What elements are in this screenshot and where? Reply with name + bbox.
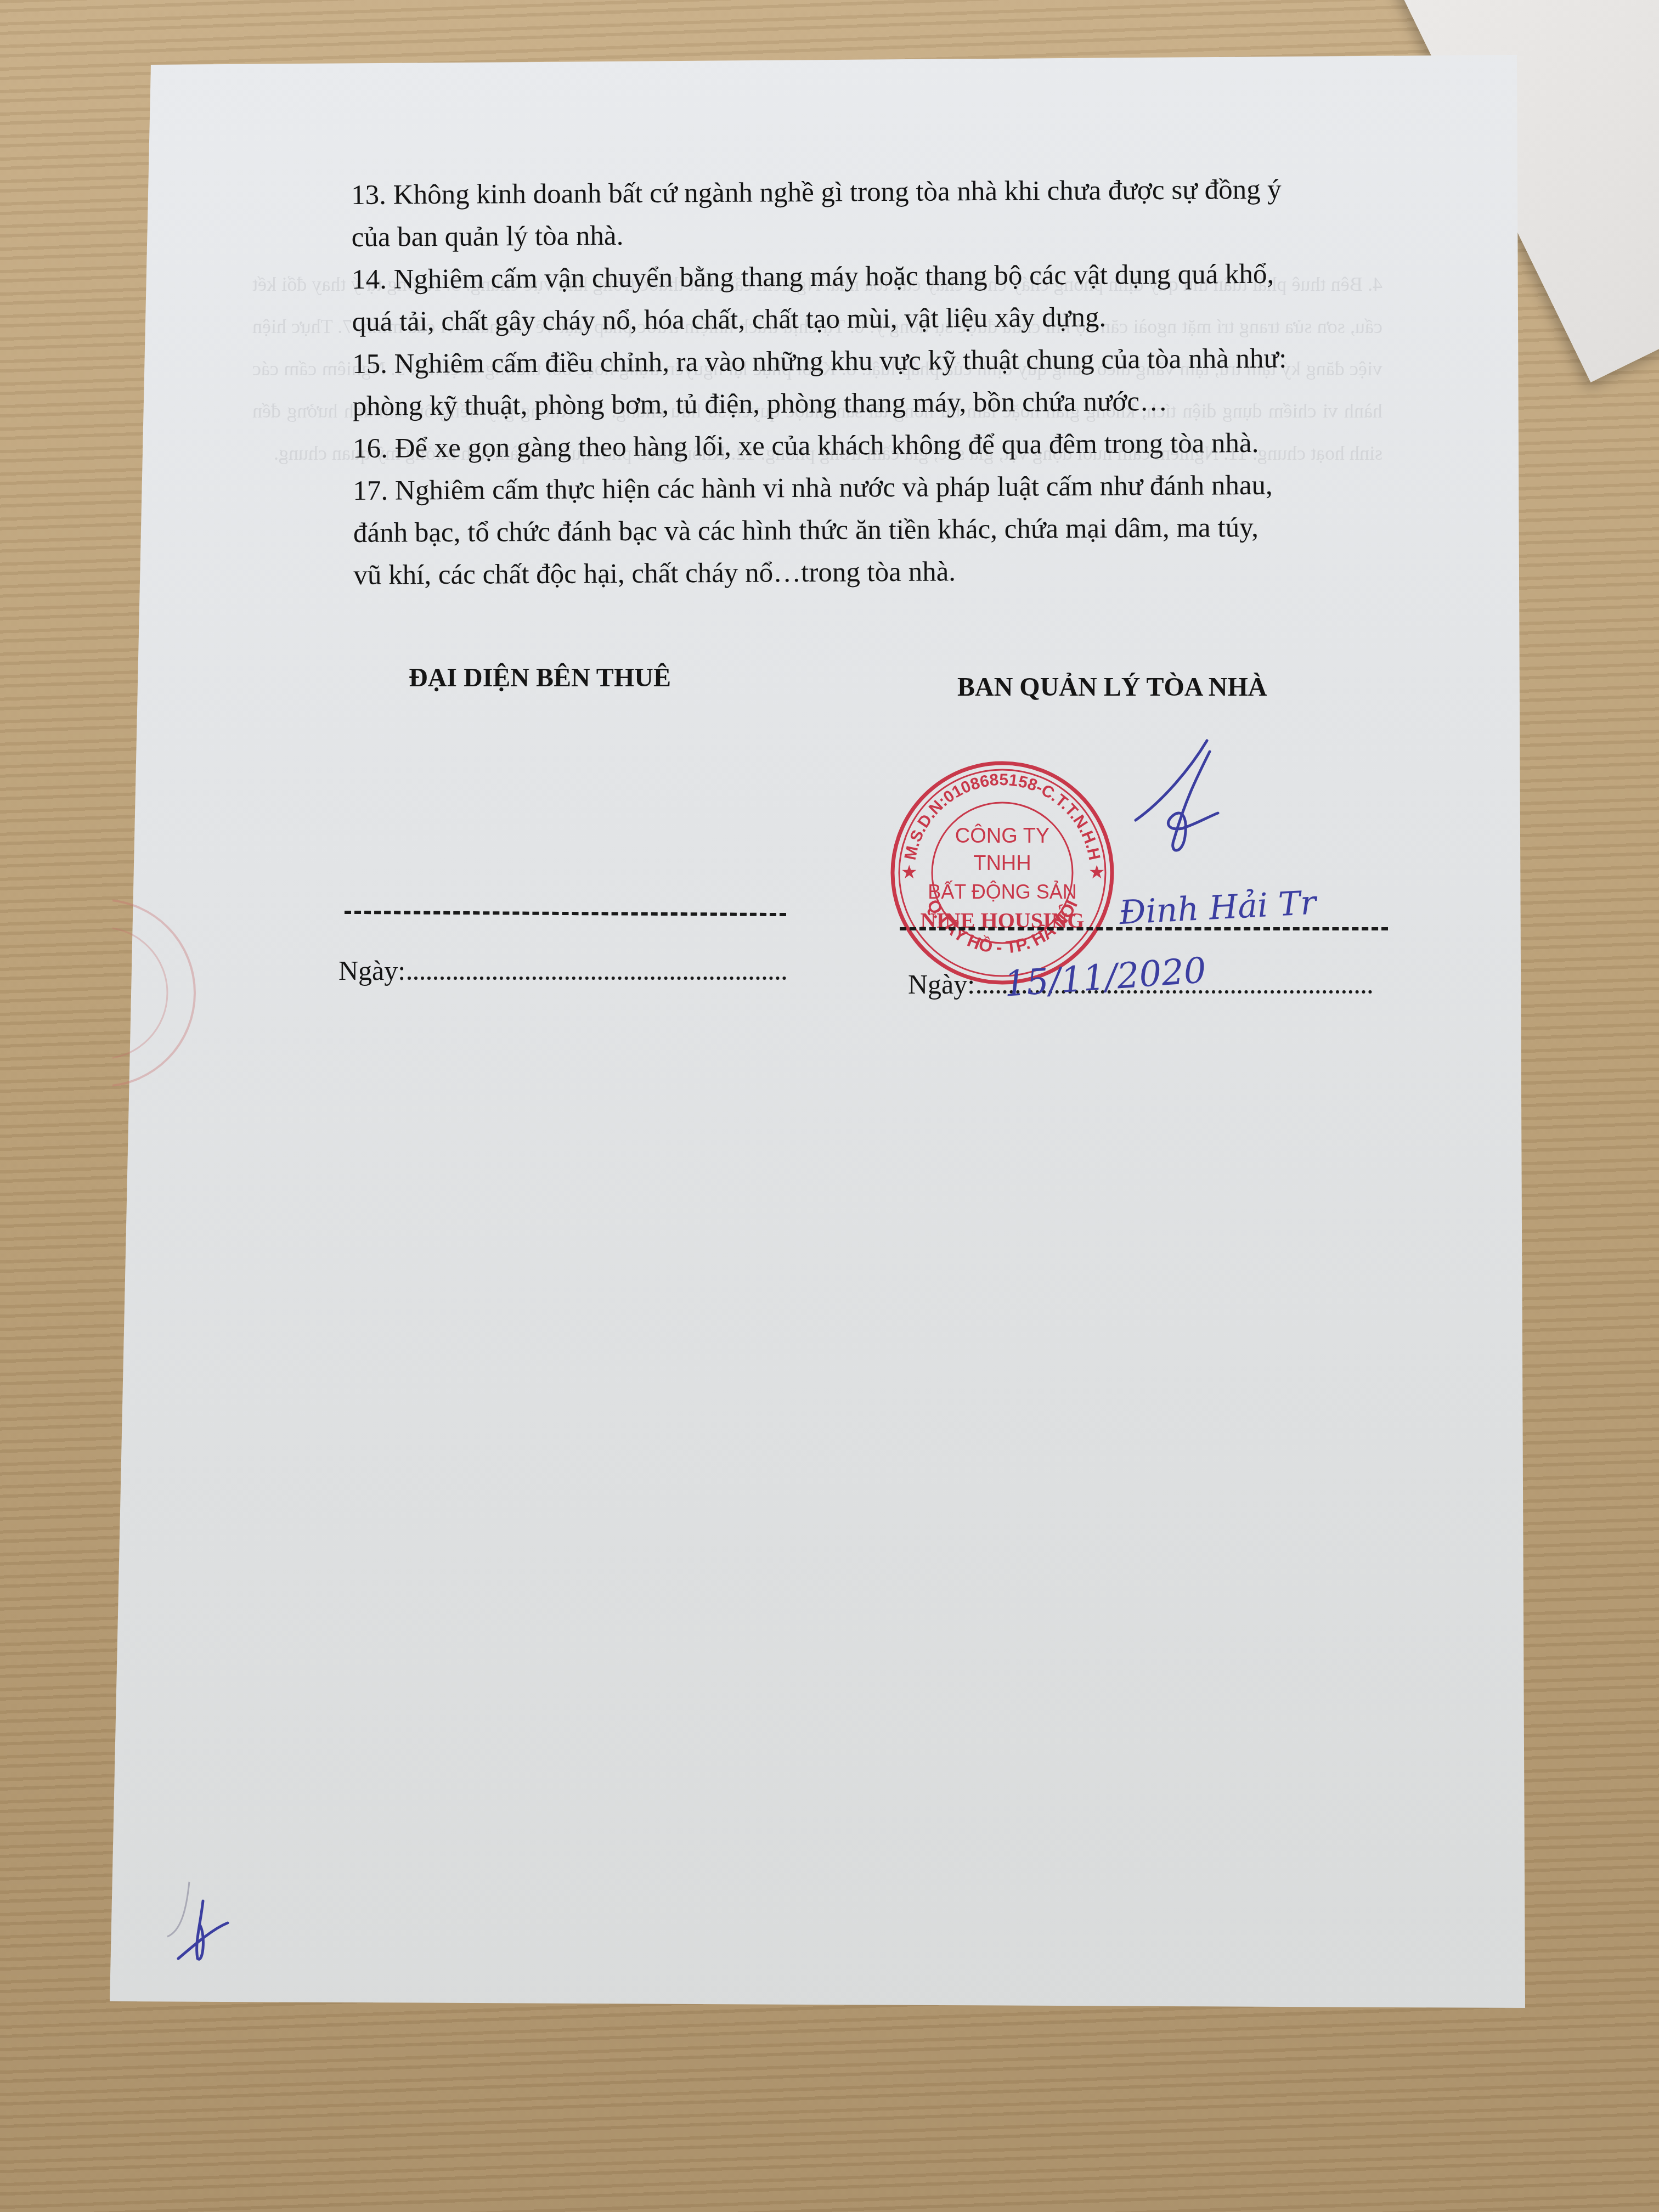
rule-14-line-2: quá tải, chất gây cháy nổ, hóa chất, chấ… bbox=[352, 295, 1449, 343]
svg-text:★: ★ bbox=[901, 862, 917, 883]
management-signature bbox=[1130, 735, 1240, 861]
svg-text:M.S.D.N:0108685158-C.T.T.N.H.H: M.S.D.N:0108685158-C.T.T.N.H.H bbox=[901, 771, 1104, 862]
rule-17-line-2: đánh bạc, tổ chức đánh bạc và các hình t… bbox=[353, 506, 1451, 555]
rule-16-line-1: 16. Để xe gọn gàng theo hàng lối, xe của… bbox=[353, 421, 1450, 470]
tenant-date-blank bbox=[408, 977, 786, 980]
building-management-title: BAN QUẢN LÝ TÒA NHÀ bbox=[957, 672, 1267, 702]
rule-13-line-1: 13. Không kinh doanh bất cứ ngành nghề g… bbox=[351, 168, 1448, 217]
tenant-date-label: Ngày: bbox=[338, 955, 405, 986]
svg-text:TNHH: TNHH bbox=[973, 852, 1031, 875]
page-initial-signature bbox=[165, 1876, 241, 1975]
rule-15-line-2: phòng kỹ thuật, phòng bơm, tủ điện, phòn… bbox=[352, 379, 1449, 428]
svg-text:BẤT ĐỘNG SẢN: BẤT ĐỘNG SẢN bbox=[928, 881, 1076, 903]
tenant-representative-title: ĐẠI DIỆN BÊN THUÊ bbox=[409, 663, 671, 693]
management-date-label: Ngày: bbox=[908, 969, 975, 1000]
svg-text:CÔNG TY: CÔNG TY bbox=[955, 823, 1049, 848]
rule-15-line-1: 15. Nghiêm cấm điều chỉnh, ra vào những … bbox=[352, 337, 1449, 386]
company-seal: M.S.D.N:0108685158-C.T.T.N.H.H Q.TÂY HỒ … bbox=[884, 755, 1120, 991]
svg-text:★: ★ bbox=[1088, 862, 1105, 883]
tenant-date-field: Ngày: bbox=[338, 955, 786, 986]
rule-17-line-1: 17. Nghiêm cấm thực hiện các hành vi nhà… bbox=[353, 464, 1450, 512]
rule-17-line-3: vũ khí, các chất độc hại, chất cháy nổ…t… bbox=[353, 548, 1451, 597]
faded-seal-impression bbox=[112, 889, 222, 1097]
rules-list: 13. Không kinh doanh bất cứ ngành nghề g… bbox=[351, 168, 1451, 597]
rule-14-line-1: 14. Nghiêm cấm vận chuyển bằng thang máy… bbox=[352, 252, 1449, 301]
rule-13-line-2: của ban quản lý tòa nhà. bbox=[351, 210, 1448, 259]
